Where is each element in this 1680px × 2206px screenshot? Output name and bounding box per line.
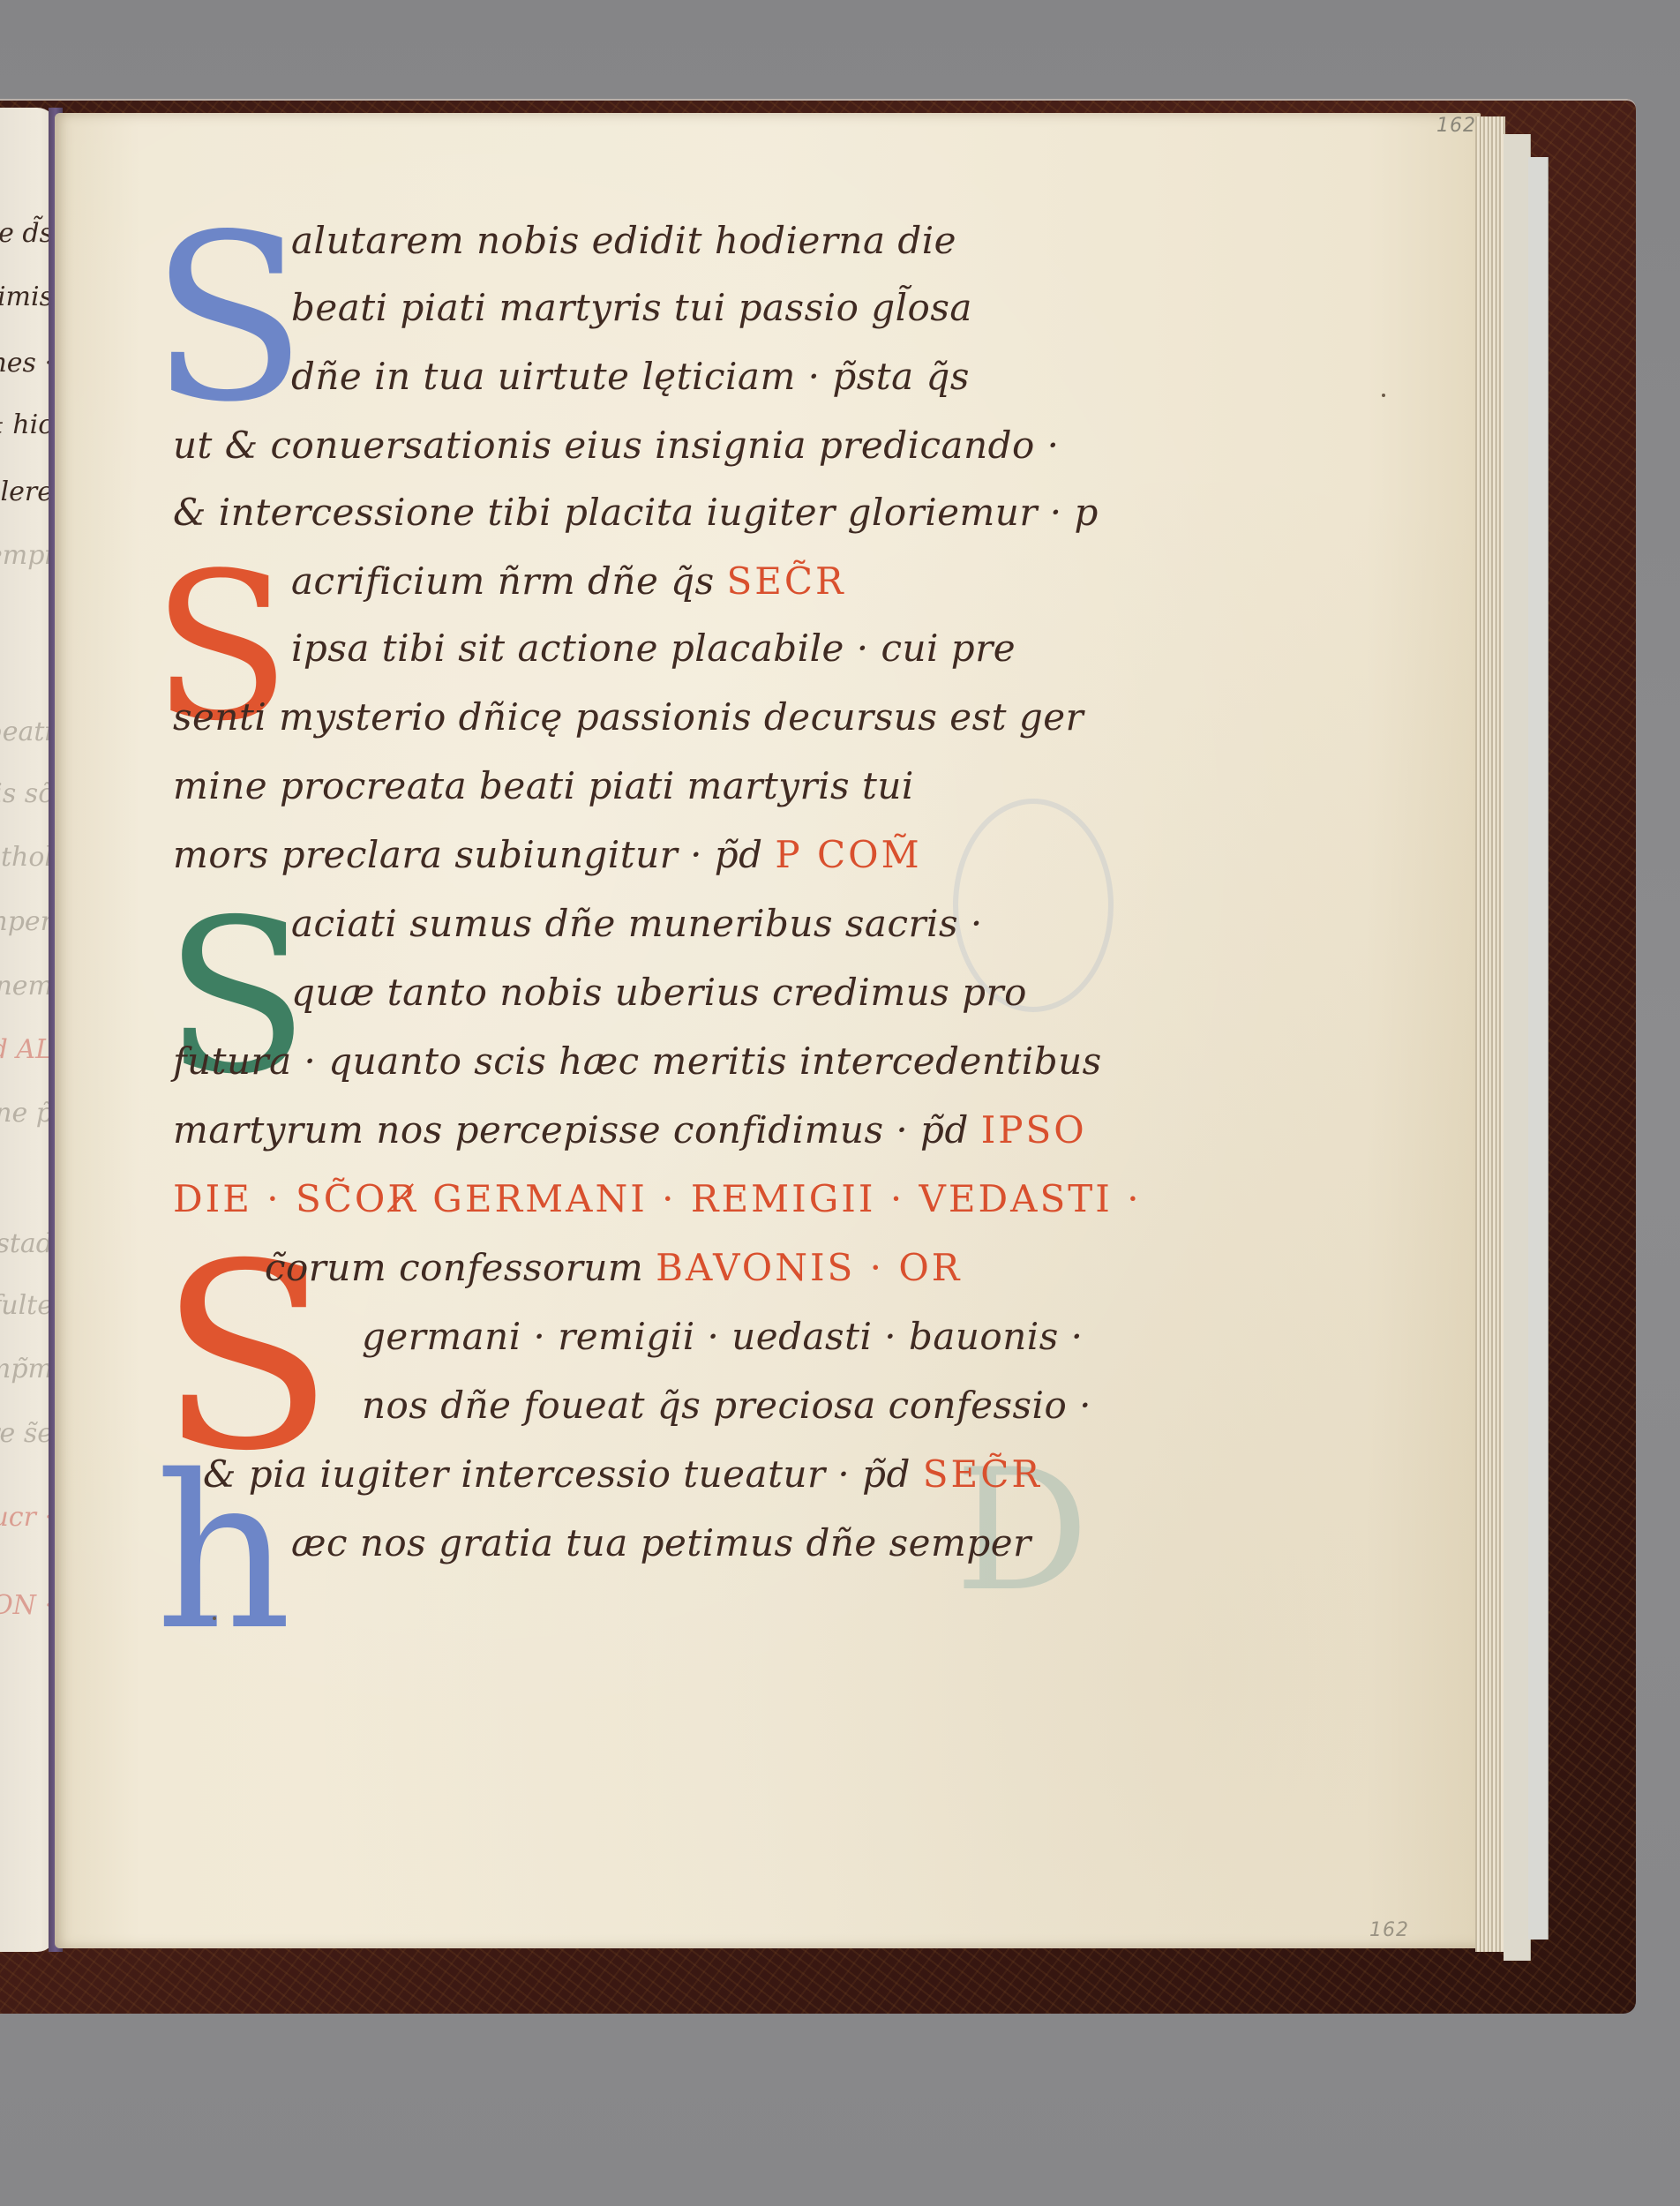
text-line: & pia iugiter intercessio tueatur · p̃d … (203, 1452, 1042, 1496)
text-line: acrificium ñrm dñe q̃s SEC̃R (291, 559, 846, 603)
initial-s-blue: S (150, 205, 307, 434)
text-line: futura · quanto scis hæc meritis interce… (173, 1039, 1102, 1083)
text-block: S S S S h alutarem nobis edidit hodierna… (0, 0, 1680, 2206)
text-line: mine procreata beati piati martyris tui (173, 764, 914, 807)
text-line: quæ tanto nobis uberius credimus pro (291, 971, 1027, 1014)
text-line: ipsa tibi sit actione placabile · cui pr… (291, 627, 1016, 670)
parchment-speck (213, 1617, 216, 1620)
text-line: aciati sumus dñe muneribus sacris · (291, 902, 983, 945)
text-line: mors preclara subiungitur · p̃d P COM̃ (173, 833, 922, 876)
text-line: martyrum nos percepisse confidimus · p̃d… (173, 1108, 1087, 1152)
text-line: germani · remigii · uedasti · bauonis · (362, 1315, 1083, 1358)
text-line: nos dñe foueat q̃s preciosa confessio · (362, 1384, 1091, 1427)
text-line: dñe in tua uirtute lęticiam · p̃sta q̃s (291, 355, 970, 398)
text-line: senti mysterio dñicę passionis decursus… (173, 695, 1084, 739)
text-line: c̃orum confessorum BAVONIS · OR (265, 1246, 962, 1289)
rubric-post-communio: P COM̃ (775, 833, 921, 876)
text-line: & intercessione tibi placita iugiter glo… (173, 491, 1099, 534)
parchment-speck (1382, 394, 1385, 397)
rubric-ipso: IPSO (981, 1108, 1087, 1152)
text-line: DIE · SC̃OR̸ GERMANI · REMIGII · VEDASTI… (173, 1177, 1142, 1220)
rubric-bavonis: BAVONIS · OR (656, 1246, 962, 1289)
text-line: alutarem nobis edidit hodierna die (291, 219, 956, 262)
rubric-feast-title: DIE · SC̃OR̸ GERMANI · REMIGII · VEDASTI… (173, 1177, 1142, 1220)
text-line: æc nos gratia tua petimus dñe semper (291, 1521, 1031, 1564)
rubric-secreta-2: SEC̃R (923, 1452, 1042, 1496)
text-line: ut & conuersationis eius insignia predic… (173, 424, 1060, 467)
text-line: beati piati martyris tui passio gl̃osa (291, 286, 972, 329)
rubric-secreta: SEC̃R (726, 559, 845, 603)
